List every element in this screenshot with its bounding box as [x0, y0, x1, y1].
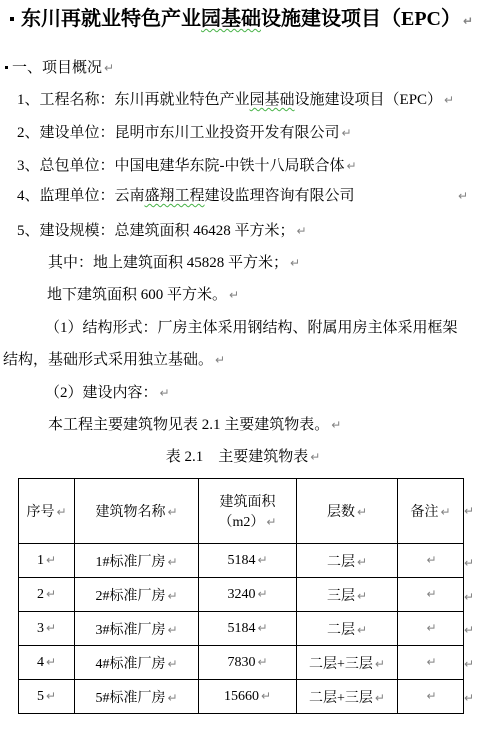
- row-end-mark-icon: ↵: [464, 622, 474, 638]
- section-heading-text: 一、项目概况: [12, 60, 102, 76]
- cell-end-mark-icon: ↵: [167, 505, 177, 519]
- cell-text: 4#标准厂房: [95, 657, 165, 672]
- paragraph-mark-icon: ↵: [229, 288, 239, 302]
- header-cell-index: 序号↵: [19, 479, 75, 544]
- cell-index: 4↵: [19, 646, 75, 680]
- outline-bullet-icon: [5, 66, 8, 69]
- cell-end-mark-icon: ↵: [257, 587, 267, 601]
- cell-end-mark-icon: ↵: [426, 689, 436, 703]
- cell-text: 3: [37, 621, 44, 636]
- para-text: 3、总包单位：中国电建华东院-中铁十八局联合体: [17, 158, 345, 174]
- paragraph-mark-icon: ↵: [297, 224, 307, 238]
- cell-end-mark-icon: ↵: [266, 515, 276, 529]
- header-subtext: （m2）: [219, 515, 265, 530]
- para-structure-1: （1）结构形式：厂房主体采用钢结构、附属用房主体采用框架: [45, 318, 458, 338]
- paragraph-mark-icon: ↵: [310, 450, 320, 464]
- cell-text: 2: [37, 587, 44, 602]
- para-contractor: 3、总包单位：中国电建华东院-中铁十八局联合体↵: [17, 156, 357, 176]
- header-text: 备注: [410, 505, 438, 520]
- cell-text: 2#标准厂房: [95, 589, 165, 604]
- cell-name: 5#标准厂房↵: [75, 680, 199, 714]
- cell-end-mark-icon: ↵: [426, 621, 436, 635]
- title-text: 东川再就业特色产业: [21, 8, 201, 30]
- cell-remark: ↵: [398, 578, 464, 612]
- section-heading: 一、项目概况↵: [5, 58, 114, 78]
- cell-index: 2↵: [19, 578, 75, 612]
- table-row: 1↵ 1#标准厂房↵ 5184↵ 二层↵ ↵: [19, 544, 464, 578]
- misspelled-text: 盛翔工程: [145, 188, 205, 204]
- para-text: 4、监理单位：云南: [17, 188, 145, 204]
- cell-end-mark-icon: ↵: [46, 553, 56, 567]
- para-content-heading: （2）建设内容：↵: [45, 383, 170, 403]
- cell-end-mark-icon: ↵: [261, 689, 271, 703]
- cell-end-mark-icon: ↵: [357, 623, 367, 637]
- cell-area: 5184↵: [199, 544, 297, 578]
- cell-name: 4#标准厂房↵: [75, 646, 199, 680]
- cell-area: 3240↵: [199, 578, 297, 612]
- para-above-ground: 其中：地上建筑面积 45828 平方米；↵: [48, 253, 300, 273]
- cell-end-mark-icon: ↵: [257, 553, 267, 567]
- para-supervisor: 4、监理单位：云南盛翔工程建设监理咨询有限公司: [17, 186, 355, 206]
- cell-text: 三层: [327, 589, 355, 604]
- cell-text: 二层+三层: [309, 691, 373, 706]
- table-caption: 表 2.1 主要建筑物表↵: [0, 447, 486, 467]
- cell-end-mark-icon: ↵: [357, 555, 367, 569]
- cell-end-mark-icon: ↵: [46, 689, 56, 703]
- cell-remark: ↵: [398, 612, 464, 646]
- paragraph-mark-icon: ↵: [215, 353, 225, 367]
- cell-floors: 二层+三层↵: [297, 680, 398, 714]
- cell-index: 1↵: [19, 544, 75, 578]
- para-text: 本工程主要建筑物见表 2.1 主要建筑物表。: [48, 417, 329, 433]
- title-misspelled-text: 园基础: [201, 8, 261, 30]
- table-row: 2↵ 2#标准厂房↵ 3240↵ 三层↵ ↵: [19, 578, 464, 612]
- cell-area: 7830↵: [199, 646, 297, 680]
- paragraph-mark-icon: ↵: [342, 126, 352, 140]
- para-owner: 2、建设单位：昆明市东川工业投资开发有限公司↵: [17, 123, 352, 143]
- cell-end-mark-icon: ↵: [56, 505, 66, 519]
- cell-end-mark-icon: ↵: [357, 589, 367, 603]
- row-end-mark-icon: ↵: [464, 589, 474, 605]
- row-end-mark-icon: ↵: [464, 690, 474, 706]
- cell-end-mark-icon: ↵: [46, 655, 56, 669]
- cell-text: 二层+三层: [309, 657, 373, 672]
- paragraph-mark-icon: ↵: [458, 188, 468, 204]
- para-below-ground: 地下建筑面积 600 平方米。↵: [47, 285, 239, 305]
- cell-end-mark-icon: ↵: [357, 505, 367, 519]
- cell-end-mark-icon: ↵: [257, 621, 267, 635]
- cell-text: 15660: [224, 689, 259, 704]
- header-cell-floors: 层数↵: [297, 479, 398, 544]
- cell-text: 二层: [327, 623, 355, 638]
- cell-text: 5184: [227, 621, 255, 636]
- cell-end-mark-icon: ↵: [167, 657, 177, 671]
- cell-text: 3240: [227, 587, 255, 602]
- cell-area: 5184↵: [199, 612, 297, 646]
- header-text: 建筑面积: [199, 491, 296, 511]
- para-text: 5、建设规模：总建筑面积 46428 平方米；: [17, 223, 295, 239]
- title-text-suffix: 设施建设项目（EPC）: [261, 8, 461, 30]
- header-text: 层数: [327, 505, 355, 520]
- header-cell-name: 建筑物名称↵: [75, 479, 199, 544]
- header-cell-remark: 备注↵: [398, 479, 464, 544]
- cell-end-mark-icon: ↵: [46, 621, 56, 635]
- cell-index: 5↵: [19, 680, 75, 714]
- cell-end-mark-icon: ↵: [167, 555, 177, 569]
- cell-remark: ↵: [398, 680, 464, 714]
- row-end-mark-icon: ↵: [464, 555, 474, 571]
- table-row: 4↵ 4#标准厂房↵ 7830↵ 二层+三层↵ ↵: [19, 646, 464, 680]
- para-text: （1）结构形式：厂房主体采用钢结构、附属用房主体采用框架: [45, 320, 458, 336]
- paragraph-mark-icon: ↵: [104, 61, 114, 75]
- document-title: 东川再就业特色产业园基础设施建设项目（EPC）↵: [10, 6, 473, 34]
- cell-end-mark-icon: ↵: [375, 657, 385, 671]
- cell-text: 5#标准厂房: [95, 691, 165, 706]
- cell-index: 3↵: [19, 612, 75, 646]
- cell-text: 1: [37, 553, 44, 568]
- row-end-mark-icon: ↵: [464, 503, 474, 519]
- para-text: 2、建设单位：昆明市东川工业投资开发有限公司: [17, 125, 340, 141]
- cell-text: 7830: [227, 655, 255, 670]
- para-text: （2）建设内容：: [45, 385, 158, 401]
- cell-name: 2#标准厂房↵: [75, 578, 199, 612]
- cell-end-mark-icon: ↵: [426, 587, 436, 601]
- para-text: 设施建设项目（EPC）: [295, 92, 443, 108]
- para-scale: 5、建设规模：总建筑面积 46428 平方米；↵: [17, 221, 307, 241]
- cell-name: 1#标准厂房↵: [75, 544, 199, 578]
- para-table-intro: 本工程主要建筑物见表 2.1 主要建筑物表。↵: [48, 415, 341, 435]
- para-text: 其中：地上建筑面积 45828 平方米；: [48, 255, 288, 271]
- cell-text: 3#标准厂房: [95, 623, 165, 638]
- cell-text: 5: [37, 689, 44, 704]
- cell-text: 二层: [327, 555, 355, 570]
- paragraph-mark-icon: ↵: [347, 159, 357, 173]
- paragraph-mark-icon: ↵: [463, 14, 473, 28]
- cell-text: 4: [37, 655, 44, 670]
- para-text: 结构，基础形式采用独立基础。: [3, 352, 213, 368]
- cell-end-mark-icon: ↵: [167, 623, 177, 637]
- table-row: 5↵ 5#标准厂房↵ 15660↵ 二层+三层↵ ↵: [19, 680, 464, 714]
- para-structure-2: 结构，基础形式采用独立基础。↵: [3, 350, 225, 370]
- para-text: 建设监理咨询有限公司: [205, 188, 355, 204]
- paragraph-mark-icon: ↵: [444, 93, 454, 107]
- cell-remark: ↵: [398, 646, 464, 680]
- cell-remark: ↵: [398, 544, 464, 578]
- cell-end-mark-icon: ↵: [257, 655, 267, 669]
- cell-floors: 二层↵: [297, 544, 398, 578]
- cell-text: 5184: [227, 553, 255, 568]
- document-page: 东川再就业特色产业园基础设施建设项目（EPC）↵ 一、项目概况↵ 1、工程名称：…: [0, 0, 486, 737]
- paragraph-mark-icon: ↵: [331, 418, 341, 432]
- para-text: 1、工程名称：东川再就业特色产业: [17, 92, 250, 108]
- para-project-name: 1、工程名称：东川再就业特色产业园基础设施建设项目（EPC）↵: [17, 90, 454, 110]
- outline-bullet-icon: [10, 17, 14, 21]
- buildings-table: 序号↵ 建筑物名称↵ 建筑面积 （m2）↵ 层数↵ 备注↵ 1↵ 1#标准厂房↵…: [18, 478, 464, 714]
- cell-name: 3#标准厂房↵: [75, 612, 199, 646]
- cell-end-mark-icon: ↵: [167, 589, 177, 603]
- cell-text: 1#标准厂房: [95, 555, 165, 570]
- row-end-mark-icon: ↵: [464, 656, 474, 672]
- cell-end-mark-icon: ↵: [375, 691, 385, 705]
- table-header-row: 序号↵ 建筑物名称↵ 建筑面积 （m2）↵ 层数↵ 备注↵: [19, 479, 464, 544]
- table-caption-text: 表 2.1 主要建筑物表: [166, 449, 309, 465]
- paragraph-mark-icon: ↵: [290, 256, 300, 270]
- header-subtext-wrap: （m2）↵: [199, 511, 296, 531]
- header-text: 建筑物名称: [95, 505, 165, 520]
- cell-floors: 三层↵: [297, 578, 398, 612]
- header-cell-area: 建筑面积 （m2）↵: [199, 479, 297, 544]
- cell-end-mark-icon: ↵: [167, 691, 177, 705]
- cell-end-mark-icon: ↵: [426, 553, 436, 567]
- paragraph-mark-icon: ↵: [160, 386, 170, 400]
- cell-end-mark-icon: ↵: [426, 655, 436, 669]
- table-row: 3↵ 3#标准厂房↵ 5184↵ 二层↵ ↵: [19, 612, 464, 646]
- misspelled-text: 园基础: [250, 92, 295, 108]
- cell-area: 15660↵: [199, 680, 297, 714]
- cell-floors: 二层+三层↵: [297, 646, 398, 680]
- cell-end-mark-icon: ↵: [46, 587, 56, 601]
- header-text: 序号: [26, 505, 54, 520]
- cell-end-mark-icon: ↵: [440, 505, 450, 519]
- para-text: 地下建筑面积 600 平方米。: [47, 287, 227, 303]
- cell-floors: 二层↵: [297, 612, 398, 646]
